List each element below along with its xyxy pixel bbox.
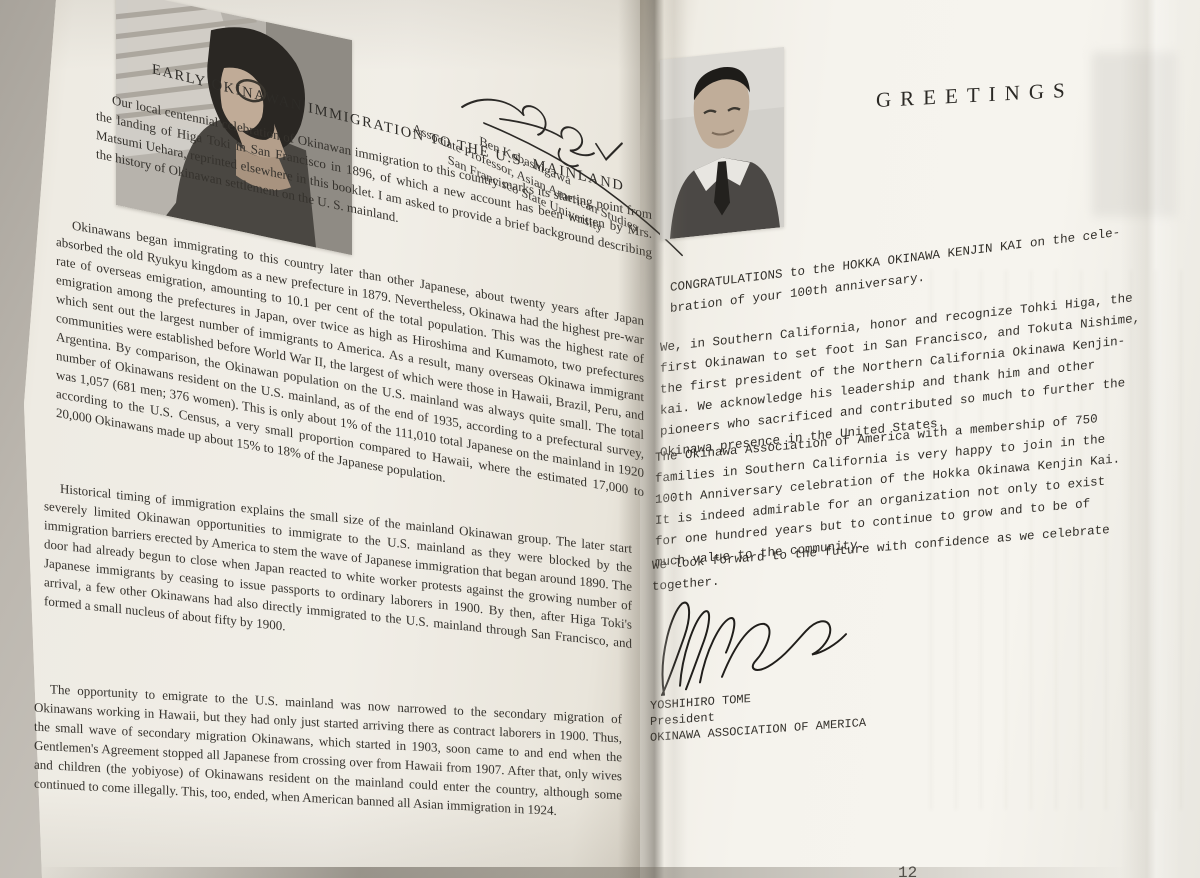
portrait-man-suit-tie-image [660,47,784,240]
page-number: 12 [898,864,917,878]
signatory-photo-yoshihiro-tome [660,47,784,240]
book-photo: { "left_page": { "author": { "name": "Be… [0,0,1200,878]
